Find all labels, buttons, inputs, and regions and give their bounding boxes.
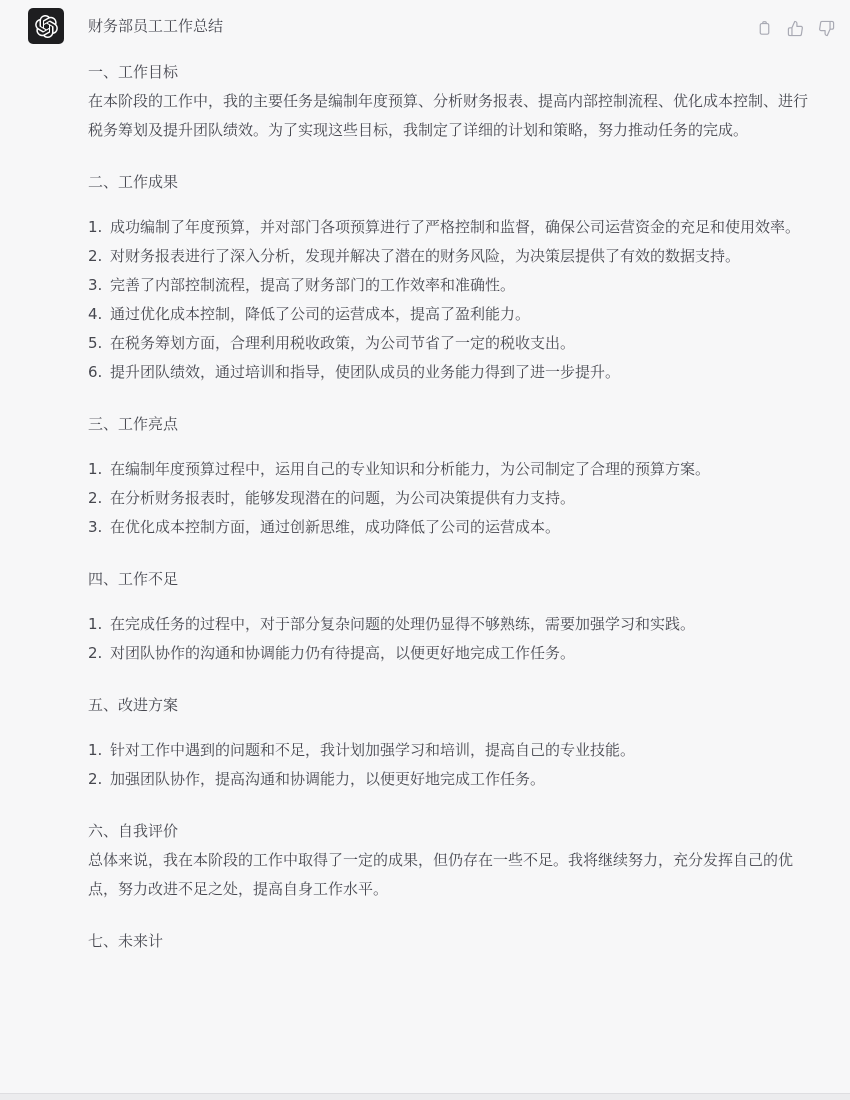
list-item-text: 对财务报表进行了深入分析，发现并解决了潜在的财务风险，为决策层提供了有效的数据支… [110, 242, 820, 271]
list-item-number: 1. [88, 455, 110, 484]
list-item: 2.对财务报表进行了深入分析，发现并解决了潜在的财务风险，为决策层提供了有效的数… [88, 242, 820, 271]
message-title: 财务部员工工作总结 [88, 8, 223, 44]
document-body: 一、工作目标在本阶段的工作中，我的主要任务是编制年度预算、分析财务报表、提高内部… [88, 58, 820, 956]
numbered-list: 1.针对工作中遇到的问题和不足，我计划加强学习和培训，提高自己的专业技能。2.加… [88, 736, 820, 794]
section-heading: 三、工作亮点 [88, 410, 820, 439]
list-item: 3.在优化成本控制方面，通过创新思维，成功降低了公司的运营成本。 [88, 513, 820, 542]
document-section: 三、工作亮点1.在编制年度预算过程中，运用自己的专业知识和分析能力，为公司制定了… [88, 410, 820, 542]
list-item: 4.通过优化成本控制，降低了公司的运营成本，提高了盈利能力。 [88, 300, 820, 329]
list-item: 1.在编制年度预算过程中，运用自己的专业知识和分析能力，为公司制定了合理的预算方… [88, 455, 820, 484]
assistant-avatar [28, 8, 64, 44]
list-item-number: 1. [88, 736, 110, 765]
list-item-number: 5. [88, 329, 110, 358]
list-item-text: 提升团队绩效，通过培训和指导，使团队成员的业务能力得到了进一步提升。 [110, 358, 820, 387]
openai-logo-icon [35, 15, 58, 38]
section-heading: 四、工作不足 [88, 565, 820, 594]
numbered-list: 1.在完成任务的过程中，对于部分复杂问题的处理仍显得不够熟练，需要加强学习和实践… [88, 610, 820, 668]
clipboard-icon [756, 20, 773, 37]
list-item-text: 针对工作中遇到的问题和不足，我计划加强学习和培训，提高自己的专业技能。 [110, 736, 820, 765]
document-section: 二、工作成果1.成功编制了年度预算，并对部门各项预算进行了严格控制和监督，确保公… [88, 168, 820, 387]
list-item-text: 对团队协作的沟通和协调能力仍有待提高，以便更好地完成工作任务。 [110, 639, 820, 668]
section-heading: 二、工作成果 [88, 168, 820, 197]
list-item-number: 2. [88, 484, 110, 513]
thumbs-up-button[interactable] [786, 19, 804, 37]
list-item-number: 2. [88, 765, 110, 794]
thumbs-down-button[interactable] [817, 19, 835, 37]
list-item-number: 2. [88, 242, 110, 271]
section-heading: 一、工作目标 [88, 58, 820, 87]
list-item-number: 6. [88, 358, 110, 387]
copy-button[interactable] [755, 19, 773, 37]
list-item: 1.成功编制了年度预算，并对部门各项预算进行了严格控制和监督，确保公司运营资金的… [88, 213, 820, 242]
list-item-number: 3. [88, 271, 110, 300]
document-section: 一、工作目标在本阶段的工作中，我的主要任务是编制年度预算、分析财务报表、提高内部… [88, 58, 820, 145]
section-paragraph: 在本阶段的工作中，我的主要任务是编制年度预算、分析财务报表、提高内部控制流程、优… [88, 87, 820, 145]
list-item-text: 完善了内部控制流程，提高了财务部门的工作效率和准确性。 [110, 271, 820, 300]
list-item-text: 在分析财务报表时，能够发现潜在的问题，为公司决策提供有力支持。 [110, 484, 820, 513]
list-item: 2.在分析财务报表时，能够发现潜在的问题，为公司决策提供有力支持。 [88, 484, 820, 513]
list-item-number: 4. [88, 300, 110, 329]
list-item-text: 加强团队协作，提高沟通和协调能力，以便更好地完成工作任务。 [110, 765, 820, 794]
document-section: 六、自我评价总体来说，我在本阶段的工作中取得了一定的成果，但仍存在一些不足。我将… [88, 817, 820, 904]
numbered-list: 1.成功编制了年度预算，并对部门各项预算进行了严格控制和监督，确保公司运营资金的… [88, 213, 820, 387]
thumbs-down-icon [818, 20, 835, 37]
thumbs-up-icon [787, 20, 804, 37]
message-actions [755, 8, 835, 37]
list-item-text: 通过优化成本控制，降低了公司的运营成本，提高了盈利能力。 [110, 300, 820, 329]
section-heading: 五、改进方案 [88, 691, 820, 720]
bottom-panel-edge [0, 1093, 850, 1100]
list-item: 3.完善了内部控制流程，提高了财务部门的工作效率和准确性。 [88, 271, 820, 300]
section-heading: 六、自我评价 [88, 817, 820, 846]
list-item-text: 成功编制了年度预算，并对部门各项预算进行了严格控制和监督，确保公司运营资金的充足… [110, 213, 820, 242]
numbered-list: 1.在编制年度预算过程中，运用自己的专业知识和分析能力，为公司制定了合理的预算方… [88, 455, 820, 542]
list-item: 1.在完成任务的过程中，对于部分复杂问题的处理仍显得不够熟练，需要加强学习和实践… [88, 610, 820, 639]
list-item-number: 1. [88, 610, 110, 639]
document-section: 五、改进方案1.针对工作中遇到的问题和不足，我计划加强学习和培训，提高自己的专业… [88, 691, 820, 794]
section-heading: 七、未来计 [88, 927, 820, 956]
list-item: 1.针对工作中遇到的问题和不足，我计划加强学习和培训，提高自己的专业技能。 [88, 736, 820, 765]
list-item-text: 在税务筹划方面，合理利用税收政策，为公司节省了一定的税收支出。 [110, 329, 820, 358]
list-item-text: 在完成任务的过程中，对于部分复杂问题的处理仍显得不够熟练，需要加强学习和实践。 [110, 610, 820, 639]
section-paragraph: 总体来说，我在本阶段的工作中取得了一定的成果，但仍存在一些不足。我将继续努力，充… [88, 846, 820, 904]
list-item-number: 1. [88, 213, 110, 242]
list-item: 5.在税务筹划方面，合理利用税收政策，为公司节省了一定的税收支出。 [88, 329, 820, 358]
list-item-text: 在优化成本控制方面，通过创新思维，成功降低了公司的运营成本。 [110, 513, 820, 542]
document-section: 七、未来计 [88, 927, 820, 956]
list-item: 6.提升团队绩效，通过培训和指导，使团队成员的业务能力得到了进一步提升。 [88, 358, 820, 387]
document-section: 四、工作不足1.在完成任务的过程中，对于部分复杂问题的处理仍显得不够熟练，需要加… [88, 565, 820, 668]
list-item-number: 3. [88, 513, 110, 542]
list-item: 2.对团队协作的沟通和协调能力仍有待提高，以便更好地完成工作任务。 [88, 639, 820, 668]
list-item-number: 2. [88, 639, 110, 668]
list-item-text: 在编制年度预算过程中，运用自己的专业知识和分析能力，为公司制定了合理的预算方案。 [110, 455, 820, 484]
list-item: 2.加强团队协作，提高沟通和协调能力，以便更好地完成工作任务。 [88, 765, 820, 794]
assistant-message-header: 财务部员工工作总结 [0, 0, 850, 44]
